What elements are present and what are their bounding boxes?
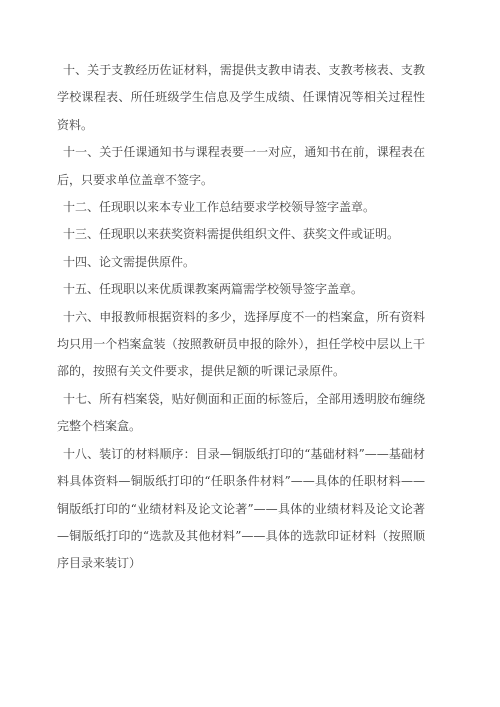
paragraph-item-18: 十八、装订的材料顺序：目录—铜版纸打印的“基础材料”——基础材料具体资料—铜版纸…: [57, 441, 425, 578]
document-text-block: 十、关于支教经历佐证材料，需提供支教申请表、支教考核表、支教学校课程表、所任班级…: [57, 57, 425, 578]
paragraph-item-13: 十三、任现职以来获奖资料需提供组织文件、获奖文件或证明。: [57, 221, 425, 248]
paragraph-item-14: 十四、论文需提供原件。: [57, 249, 425, 276]
paragraph-item-11: 十一、关于任课通知书与课程表要一一对应，通知书在前，课程表在后，只要求单位盖章不…: [57, 139, 425, 194]
paragraph-item-15: 十五、任现职以来优质课教案两篇需学校领导签字盖章。: [57, 276, 425, 303]
paragraph-item-10: 十、关于支教经历佐证材料，需提供支教申请表、支教考核表、支教学校课程表、所任班级…: [57, 57, 425, 139]
document-page: 十、关于支教经历佐证材料，需提供支教申请表、支教考核表、支教学校课程表、所任班级…: [0, 0, 500, 707]
paragraph-item-17: 十七、所有档案袋，贴好侧面和正面的标签后，全部用透明胶布缠绕完整个档案盒。: [57, 386, 425, 441]
paragraph-item-16: 十六、申报教师根据资料的多少，选择厚度不一的档案盒，所有资料均只用一个档案盒装（…: [57, 304, 425, 386]
paragraph-item-12: 十二、任现职以来本专业工作总结要求学校领导签字盖章。: [57, 194, 425, 221]
